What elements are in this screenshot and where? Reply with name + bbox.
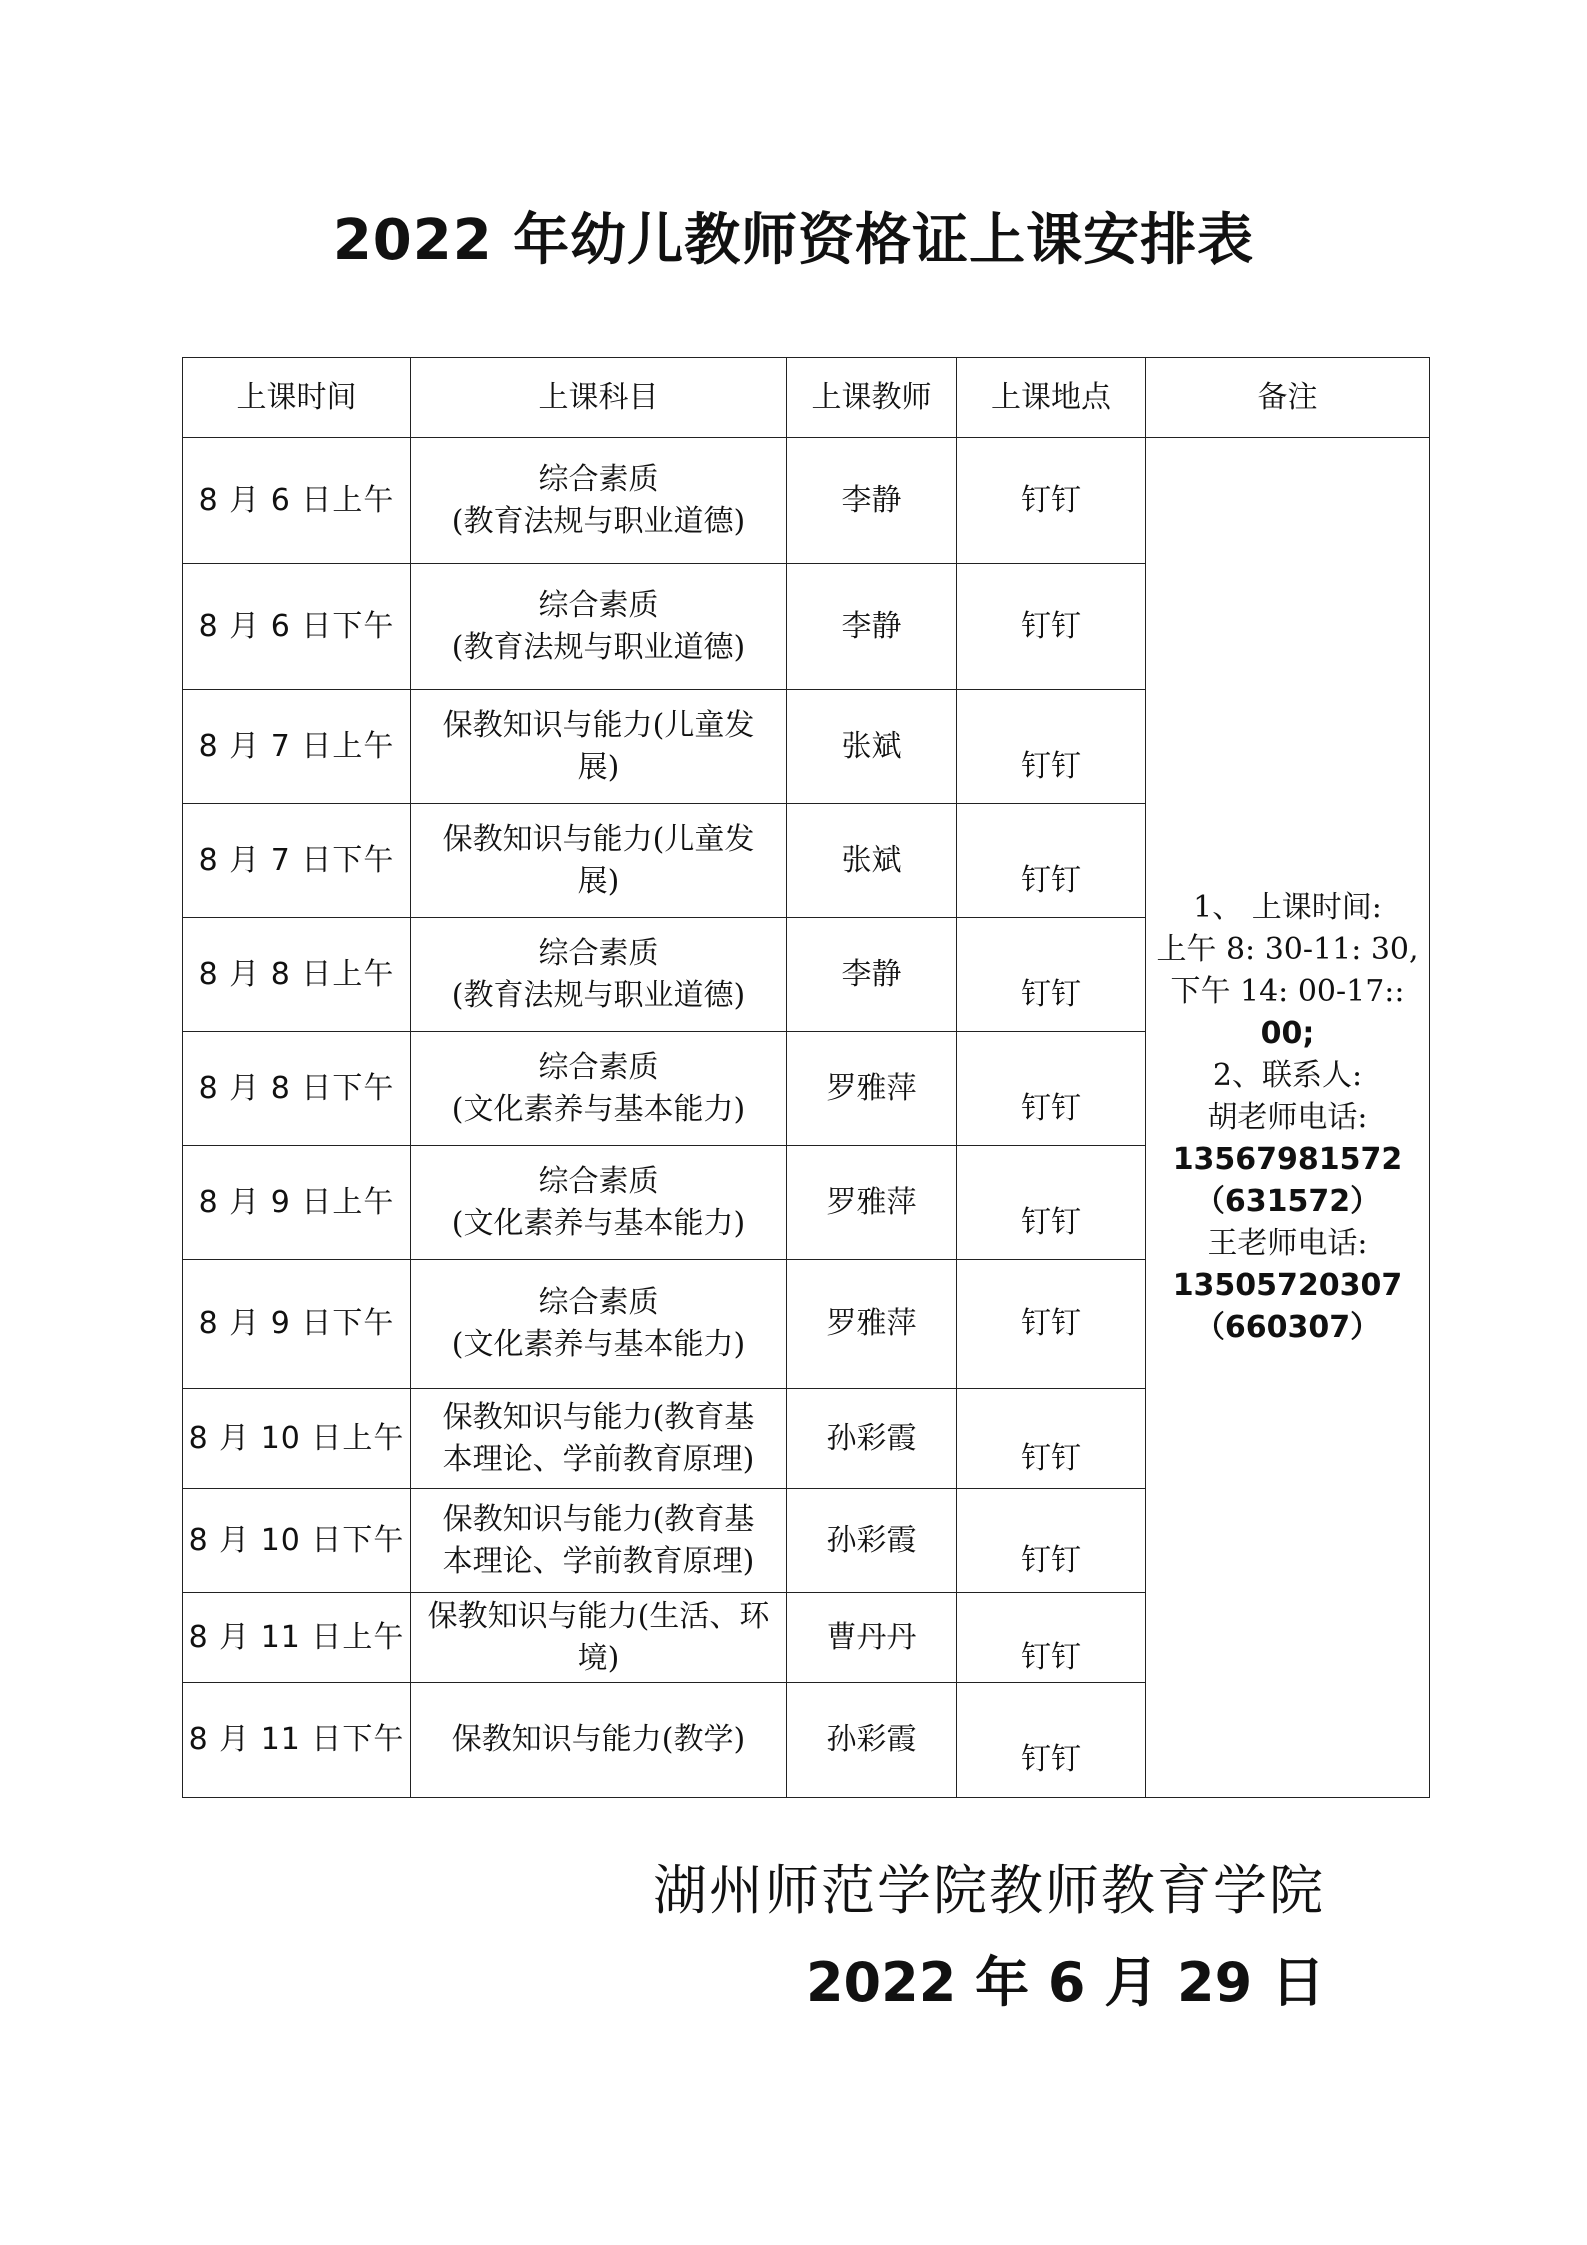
cell-time: 8 月 10 日上午	[183, 1389, 411, 1489]
subject-line: 本理论、学前教育原理)	[411, 1541, 786, 1583]
location-text: 钉钉	[957, 1699, 1145, 1781]
cell-time: 8 月 6 日下午	[183, 564, 411, 690]
location-text: 钉钉	[957, 1303, 1145, 1345]
subject-line: 综合素质	[411, 585, 786, 627]
subject-line: 境)	[411, 1638, 786, 1680]
cell-time: 8 月 8 日上午	[183, 918, 411, 1032]
subject-line: 综合素质	[411, 1047, 786, 1089]
cell-notes: 1、 上课时间:上午 8: 30-11: 30,下午 14: 00-17::00…	[1146, 438, 1430, 1798]
footer-date: 2022 年 6 月 29 日	[806, 1940, 1325, 2017]
cell-location: 钉钉	[957, 1260, 1146, 1389]
subject-line: 保教知识与能力(教学)	[411, 1719, 786, 1761]
subject-line: 综合素质	[411, 459, 786, 501]
location-text: 钉钉	[957, 1500, 1145, 1582]
header-teacher: 上课教师	[787, 358, 957, 438]
subject-line: (文化素养与基本能力)	[411, 1324, 786, 1366]
footer-organization: 湖州师范学院教师教育学院	[653, 1848, 1325, 1925]
cell-teacher: 李静	[787, 918, 957, 1032]
cell-location: 钉钉	[957, 1593, 1146, 1683]
cell-time: 8 月 11 日上午	[183, 1593, 411, 1683]
notes-line: （660307）	[1146, 1307, 1429, 1349]
cell-location: 钉钉	[957, 1683, 1146, 1798]
cell-location: 钉钉	[957, 438, 1146, 564]
notes-line: 2、联系人:	[1146, 1055, 1429, 1097]
table-header-row: 上课时间 上课科目 上课教师 上课地点 备注	[183, 358, 1430, 438]
subject-line: (教育法规与职业道德)	[411, 501, 786, 543]
notes-line: （631572）	[1146, 1181, 1429, 1223]
subject-line: (文化素养与基本能力)	[411, 1089, 786, 1131]
notes-line: 上午 8: 30-11: 30,	[1146, 929, 1429, 971]
cell-subject: 保教知识与能力(儿童发展)	[411, 804, 787, 918]
schedule-table: 上课时间 上课科目 上课教师 上课地点 备注 8 月 6 日上午综合素质(教育法…	[182, 357, 1430, 1798]
subject-line: 展)	[411, 861, 786, 903]
cell-teacher: 罗雅萍	[787, 1146, 957, 1260]
notes-line: 13567981572	[1146, 1139, 1429, 1181]
location-text: 钉钉	[957, 706, 1145, 788]
cell-subject: 综合素质(教育法规与职业道德)	[411, 918, 787, 1032]
cell-time: 8 月 11 日下午	[183, 1683, 411, 1798]
cell-location: 钉钉	[957, 1389, 1146, 1489]
location-text: 钉钉	[957, 606, 1145, 648]
location-text: 钉钉	[957, 1048, 1145, 1130]
subject-line: 保教知识与能力(教育基	[411, 1499, 786, 1541]
header-time: 上课时间	[183, 358, 411, 438]
cell-location: 钉钉	[957, 918, 1146, 1032]
notes-line: 13505720307	[1146, 1265, 1429, 1307]
header-notes: 备注	[1146, 358, 1430, 438]
location-text: 钉钉	[957, 480, 1145, 522]
location-text: 钉钉	[957, 1398, 1145, 1480]
table-row: 8 月 6 日上午综合素质(教育法规与职业道德)李静钉钉1、 上课时间:上午 8…	[183, 438, 1430, 564]
cell-subject: 保教知识与能力(生活、环境)	[411, 1593, 787, 1683]
cell-location: 钉钉	[957, 1489, 1146, 1593]
cell-teacher: 张斌	[787, 804, 957, 918]
cell-location: 钉钉	[957, 1146, 1146, 1260]
location-text: 钉钉	[957, 820, 1145, 902]
header-subject: 上课科目	[411, 358, 787, 438]
subject-line: 保教知识与能力(生活、环	[411, 1596, 786, 1638]
cell-teacher: 孙彩霞	[787, 1489, 957, 1593]
cell-teacher: 李静	[787, 438, 957, 564]
cell-teacher: 孙彩霞	[787, 1389, 957, 1489]
cell-time: 8 月 7 日上午	[183, 690, 411, 804]
notes-line: 1、 上课时间:	[1146, 887, 1429, 929]
cell-subject: 综合素质(教育法规与职业道德)	[411, 564, 787, 690]
cell-time: 8 月 7 日下午	[183, 804, 411, 918]
cell-teacher: 张斌	[787, 690, 957, 804]
cell-teacher: 罗雅萍	[787, 1260, 957, 1389]
subject-line: (文化素养与基本能力)	[411, 1203, 786, 1245]
location-text: 钉钉	[957, 1162, 1145, 1244]
cell-location: 钉钉	[957, 564, 1146, 690]
cell-subject: 综合素质(文化素养与基本能力)	[411, 1032, 787, 1146]
cell-subject: 保教知识与能力(教育基本理论、学前教育原理)	[411, 1489, 787, 1593]
subject-line: 展)	[411, 747, 786, 789]
cell-subject: 综合素质(教育法规与职业道德)	[411, 438, 787, 564]
notes-line: 王老师电话:	[1146, 1223, 1429, 1265]
cell-time: 8 月 10 日下午	[183, 1489, 411, 1593]
subject-line: (教育法规与职业道德)	[411, 627, 786, 669]
cell-teacher: 孙彩霞	[787, 1683, 957, 1798]
cell-location: 钉钉	[957, 690, 1146, 804]
subject-line: 综合素质	[411, 933, 786, 975]
cell-subject: 保教知识与能力(教育基本理论、学前教育原理)	[411, 1389, 787, 1489]
cell-location: 钉钉	[957, 1032, 1146, 1146]
subject-line: 综合素质	[411, 1161, 786, 1203]
notes-line: 下午 14: 00-17::	[1146, 971, 1429, 1013]
cell-time: 8 月 9 日下午	[183, 1260, 411, 1389]
notes-line: 00;	[1146, 1013, 1429, 1055]
location-text: 钉钉	[957, 934, 1145, 1016]
subject-line: 保教知识与能力(教育基	[411, 1397, 786, 1439]
subject-line: 保教知识与能力(儿童发	[411, 819, 786, 861]
cell-subject: 综合素质(文化素养与基本能力)	[411, 1260, 787, 1389]
subject-line: 综合素质	[411, 1282, 786, 1324]
cell-time: 8 月 8 日下午	[183, 1032, 411, 1146]
document-title: 2022 年幼儿教师资格证上课安排表	[0, 196, 1587, 276]
cell-subject: 综合素质(文化素养与基本能力)	[411, 1146, 787, 1260]
subject-line: 本理论、学前教育原理)	[411, 1439, 786, 1481]
cell-teacher: 曹丹丹	[787, 1593, 957, 1683]
notes-line: 胡老师电话:	[1146, 1097, 1429, 1139]
cell-location: 钉钉	[957, 804, 1146, 918]
cell-teacher: 罗雅萍	[787, 1032, 957, 1146]
subject-line: 保教知识与能力(儿童发	[411, 705, 786, 747]
location-text: 钉钉	[957, 1597, 1145, 1679]
subject-line: (教育法规与职业道德)	[411, 975, 786, 1017]
cell-subject: 保教知识与能力(教学)	[411, 1683, 787, 1798]
cell-subject: 保教知识与能力(儿童发展)	[411, 690, 787, 804]
header-location: 上课地点	[957, 358, 1146, 438]
cell-teacher: 李静	[787, 564, 957, 690]
cell-time: 8 月 6 日上午	[183, 438, 411, 564]
cell-time: 8 月 9 日上午	[183, 1146, 411, 1260]
